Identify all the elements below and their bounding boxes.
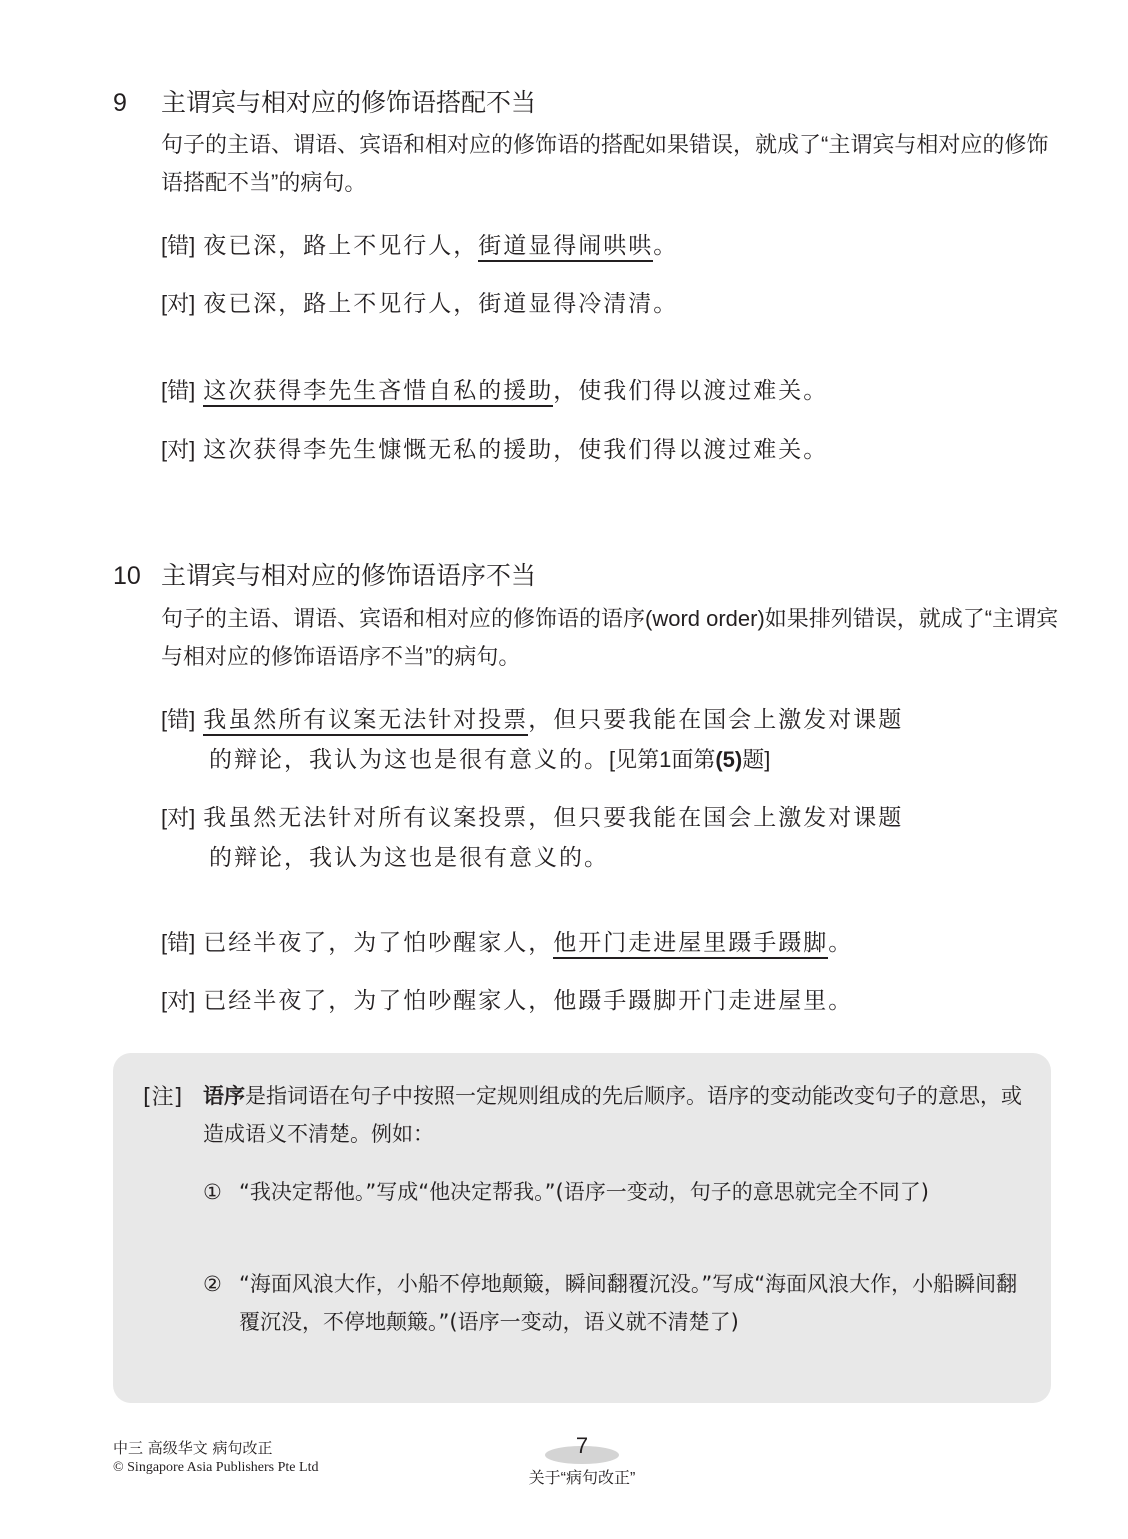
wrong-example: [错]我虽然所有议案无法针对投票，但只要我能在国会上激发对课题 的辩论，我认为这… [161, 702, 1061, 778]
wrong-example: [错]夜已深，路上不见行人，街道显得闹哄哄。 [161, 228, 678, 264]
page-number: 7 [545, 1433, 619, 1459]
note-example-text: “海面风浪大作，小船不停地颠簸，瞬间翻覆沉没。”写成“海面风浪大作，小船瞬间翻覆… [203, 1265, 1033, 1341]
right-tag: [对] [161, 291, 195, 316]
circled-number-2: ② [203, 1265, 239, 1303]
section-description: 句子的主语、谓语、宾语和相对应的修饰语的搭配如果错误，就成了“主谓宾与相对应的修… [161, 126, 1061, 202]
example-text: ，但只要我能在国会上激发对课题 [528, 707, 903, 733]
note-tag: [注] [143, 1079, 182, 1117]
section-title: 主谓宾与相对应的修饰语语序不当 [161, 561, 536, 591]
right-example: [对]夜已深，路上不见行人，街道显得冷清清。 [161, 286, 678, 322]
right-example: [对]已经半夜了，为了怕吵醒家人，他蹑手蹑脚开门走进屋里。 [161, 983, 853, 1019]
right-example: [对]我虽然无法针对所有议案投票，但只要我能在国会上激发对课题 的辩论，我认为这… [161, 800, 1061, 876]
right-tag: [对] [161, 437, 195, 462]
footer-book-info: 中三 高级华文 病句改正 © Singapore Asia Publishers… [113, 1438, 318, 1478]
underlined-error: 我虽然所有议案无法针对投票 [203, 707, 528, 736]
wrong-tag: [错] [161, 378, 195, 403]
right-tag: [对] [161, 988, 195, 1013]
right-example: [对]这次获得李先生慷慨无私的援助，使我们得以渡过难关。 [161, 432, 828, 468]
example-text: 已经半夜了，为了怕吵醒家人， [203, 930, 553, 956]
wrong-tag: [错] [161, 707, 195, 732]
example-text: ，使我们得以渡过难关。 [553, 378, 828, 404]
note-box: [注] 语序是指词语在句子中按照一定规则组成的先后顺序。语序的变动能改变句子的意… [113, 1053, 1051, 1403]
wrong-example: [错]这次获得李先生吝惜自私的援助，使我们得以渡过难关。 [161, 373, 828, 409]
example-text: 夜已深，路上不见行人， [203, 233, 478, 259]
chapter-title: 关于“病句改正” [500, 1469, 664, 1489]
section-number: 9 [113, 88, 127, 118]
note-term: 语序 [203, 1084, 245, 1108]
note-example-item: ① “我决定帮他。”写成“他决定帮我。”(语序一变动，句子的意思就完全不同了) [203, 1173, 1033, 1211]
section-description: 句子的主语、谓语、宾语和相对应的修饰语的语序(word order)如果排列错误… [161, 600, 1061, 676]
wrong-example: [错]已经半夜了，为了怕吵醒家人，他开门走进屋里蹑手蹑脚。 [161, 925, 853, 961]
underlined-error: 他开门走进屋里蹑手蹑脚 [553, 930, 828, 959]
example-text: 这次获得李先生慷慨无私的援助，使我们得以渡过难关。 [203, 437, 828, 463]
note-definition: 语序是指词语在句子中按照一定规则组成的先后顺序。语序的变动能改变句子的意思，或造… [203, 1077, 1023, 1153]
example-text: 的辩论，我认为这也是很有意义的。 [161, 840, 1061, 876]
example-text: 夜已深，路上不见行人，街道显得冷清清。 [203, 291, 678, 317]
note-example-item: ② “海面风浪大作，小船不停地颠簸，瞬间翻覆沉没。”写成“海面风浪大作，小船瞬间… [203, 1265, 1033, 1341]
book-title: 中三 高级华文 病句改正 [113, 1438, 318, 1458]
circled-number-1: ① [203, 1173, 239, 1211]
underlined-error: 这次获得李先生吝惜自私的援助 [203, 378, 553, 407]
cross-reference: [见第1面第(5)题] [609, 747, 770, 772]
section-title: 主谓宾与相对应的修饰语搭配不当 [161, 88, 536, 118]
example-text: 。 [653, 233, 678, 259]
example-text: 。 [828, 930, 853, 956]
section-number: 10 [113, 561, 141, 591]
right-tag: [对] [161, 805, 195, 830]
note-example-text: “我决定帮他。”写成“他决定帮我。”(语序一变动，句子的意思就完全不同了) [203, 1173, 1033, 1211]
copyright: © Singapore Asia Publishers Pte Ltd [113, 1458, 318, 1478]
wrong-tag: [错] [161, 233, 195, 258]
example-text: 的辩论，我认为这也是很有意义的。 [209, 747, 609, 773]
example-text: 已经半夜了，为了怕吵醒家人，他蹑手蹑脚开门走进屋里。 [203, 988, 853, 1014]
wrong-tag: [错] [161, 930, 195, 955]
example-text: 我虽然无法针对所有议案投票，但只要我能在国会上激发对课题 [203, 805, 903, 831]
underlined-error: 街道显得闹哄哄 [478, 233, 653, 262]
